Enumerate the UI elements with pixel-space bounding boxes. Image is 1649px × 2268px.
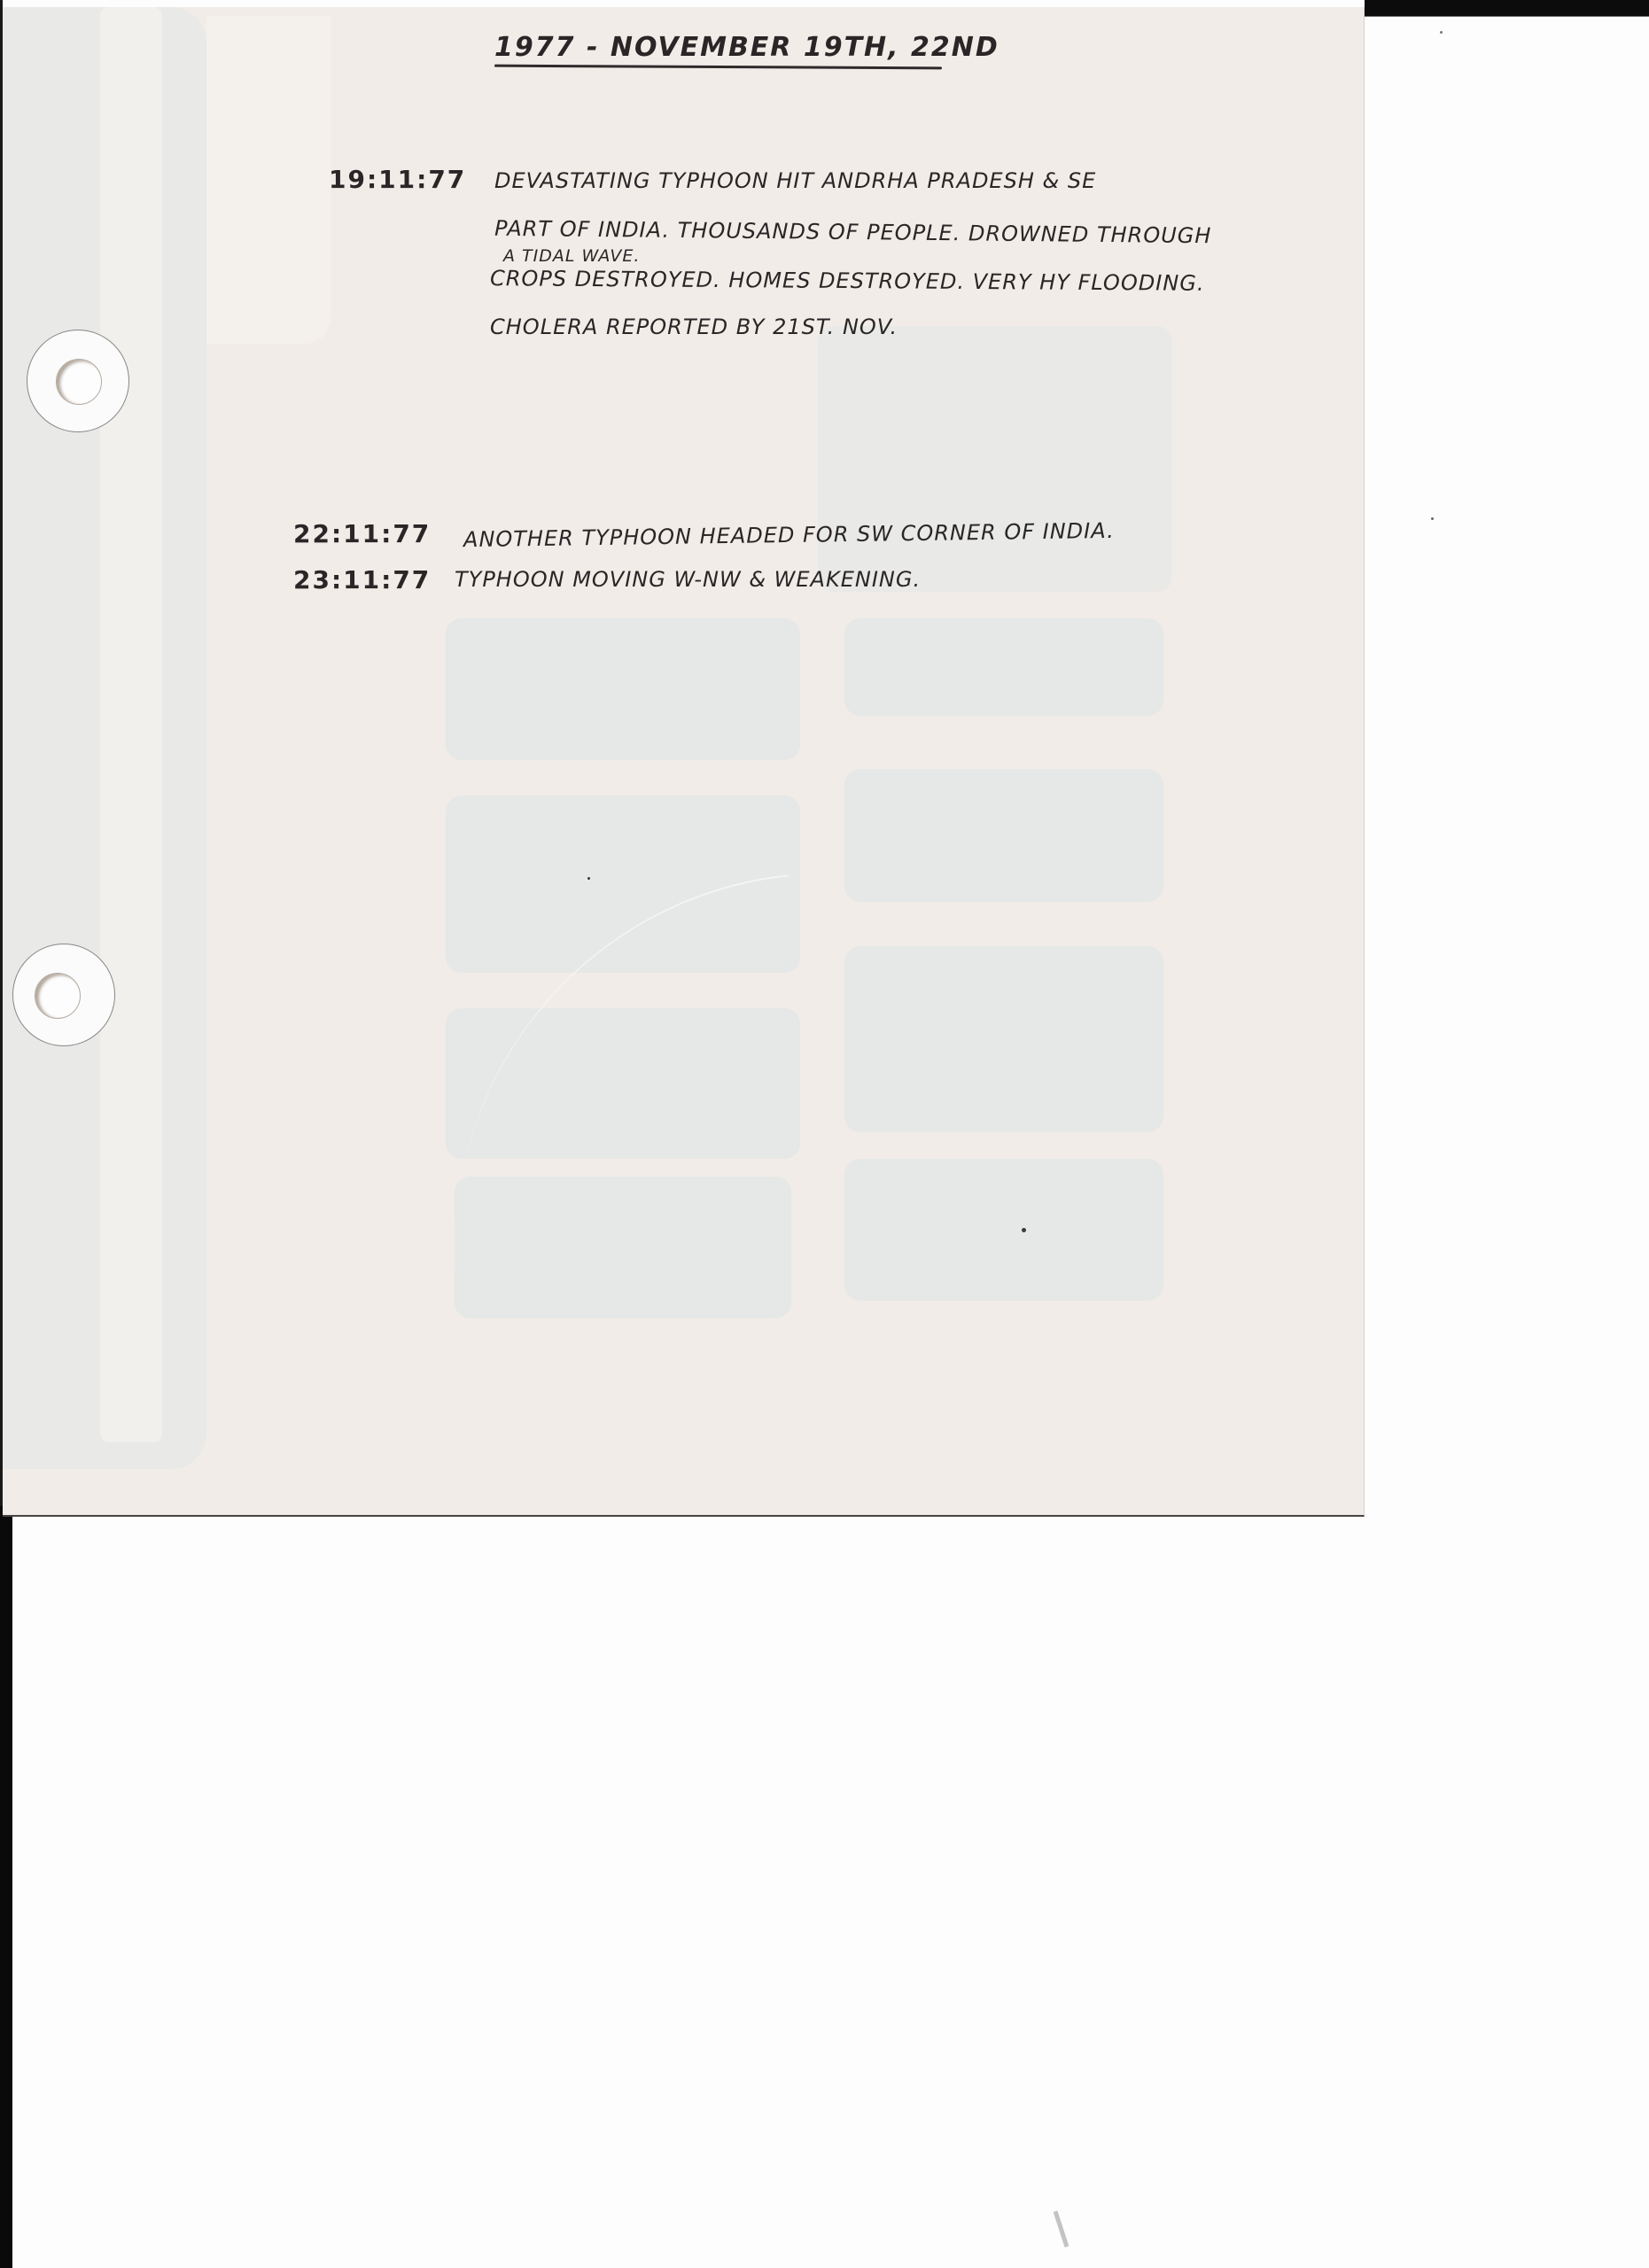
entry-date: 22:11:77 bbox=[293, 519, 431, 548]
title-underline bbox=[494, 65, 942, 70]
ghost-print-block bbox=[818, 326, 1172, 592]
entry-line: Devastating Typhoon hit Andrha Pradesh &… bbox=[494, 168, 1096, 193]
binder-hole-reinforcement-top bbox=[27, 330, 129, 432]
scanner-edge-left bbox=[0, 1506, 12, 2268]
ink-speck bbox=[587, 877, 590, 880]
paper-sheet: 1977 - November 19th, 22nd 19:11:77 Deva… bbox=[3, 7, 1365, 1517]
dust-speck bbox=[1431, 517, 1434, 520]
ghost-print-vertical-band bbox=[100, 7, 162, 1442]
binder-hole-reinforcement-bottom bbox=[12, 944, 115, 1046]
entry-line: Part of India. Thousands of People. Drow… bbox=[494, 216, 1212, 248]
ghost-print-block bbox=[844, 1159, 1163, 1301]
page-title: 1977 - November 19th, 22nd bbox=[494, 32, 1000, 63]
dust-speck bbox=[1440, 31, 1443, 34]
scanner-edge-top bbox=[1365, 0, 1649, 17]
binder-hole-icon bbox=[56, 359, 102, 405]
ghost-print-bracket bbox=[206, 16, 331, 344]
entry-line: Typhoon moving W-NW & weakening. bbox=[455, 567, 921, 592]
ink-speck bbox=[1022, 1228, 1026, 1232]
entry-line: Cholera Reported By 21st. Nov. bbox=[490, 315, 898, 339]
ghost-print-block bbox=[844, 769, 1163, 902]
binder-hole-icon bbox=[35, 973, 81, 1019]
dust-scratch bbox=[1054, 2210, 1070, 2247]
entry-date: 23:11:77 bbox=[293, 565, 431, 594]
entry-line: a tidal wave. bbox=[503, 246, 640, 266]
entry-date: 19:11:77 bbox=[329, 165, 466, 194]
entry-line: Crops Destroyed. Homes destroyed. Very H… bbox=[490, 266, 1205, 296]
ghost-print-block bbox=[446, 618, 800, 760]
ghost-print-block bbox=[844, 946, 1163, 1132]
ghost-print-block bbox=[844, 618, 1163, 716]
